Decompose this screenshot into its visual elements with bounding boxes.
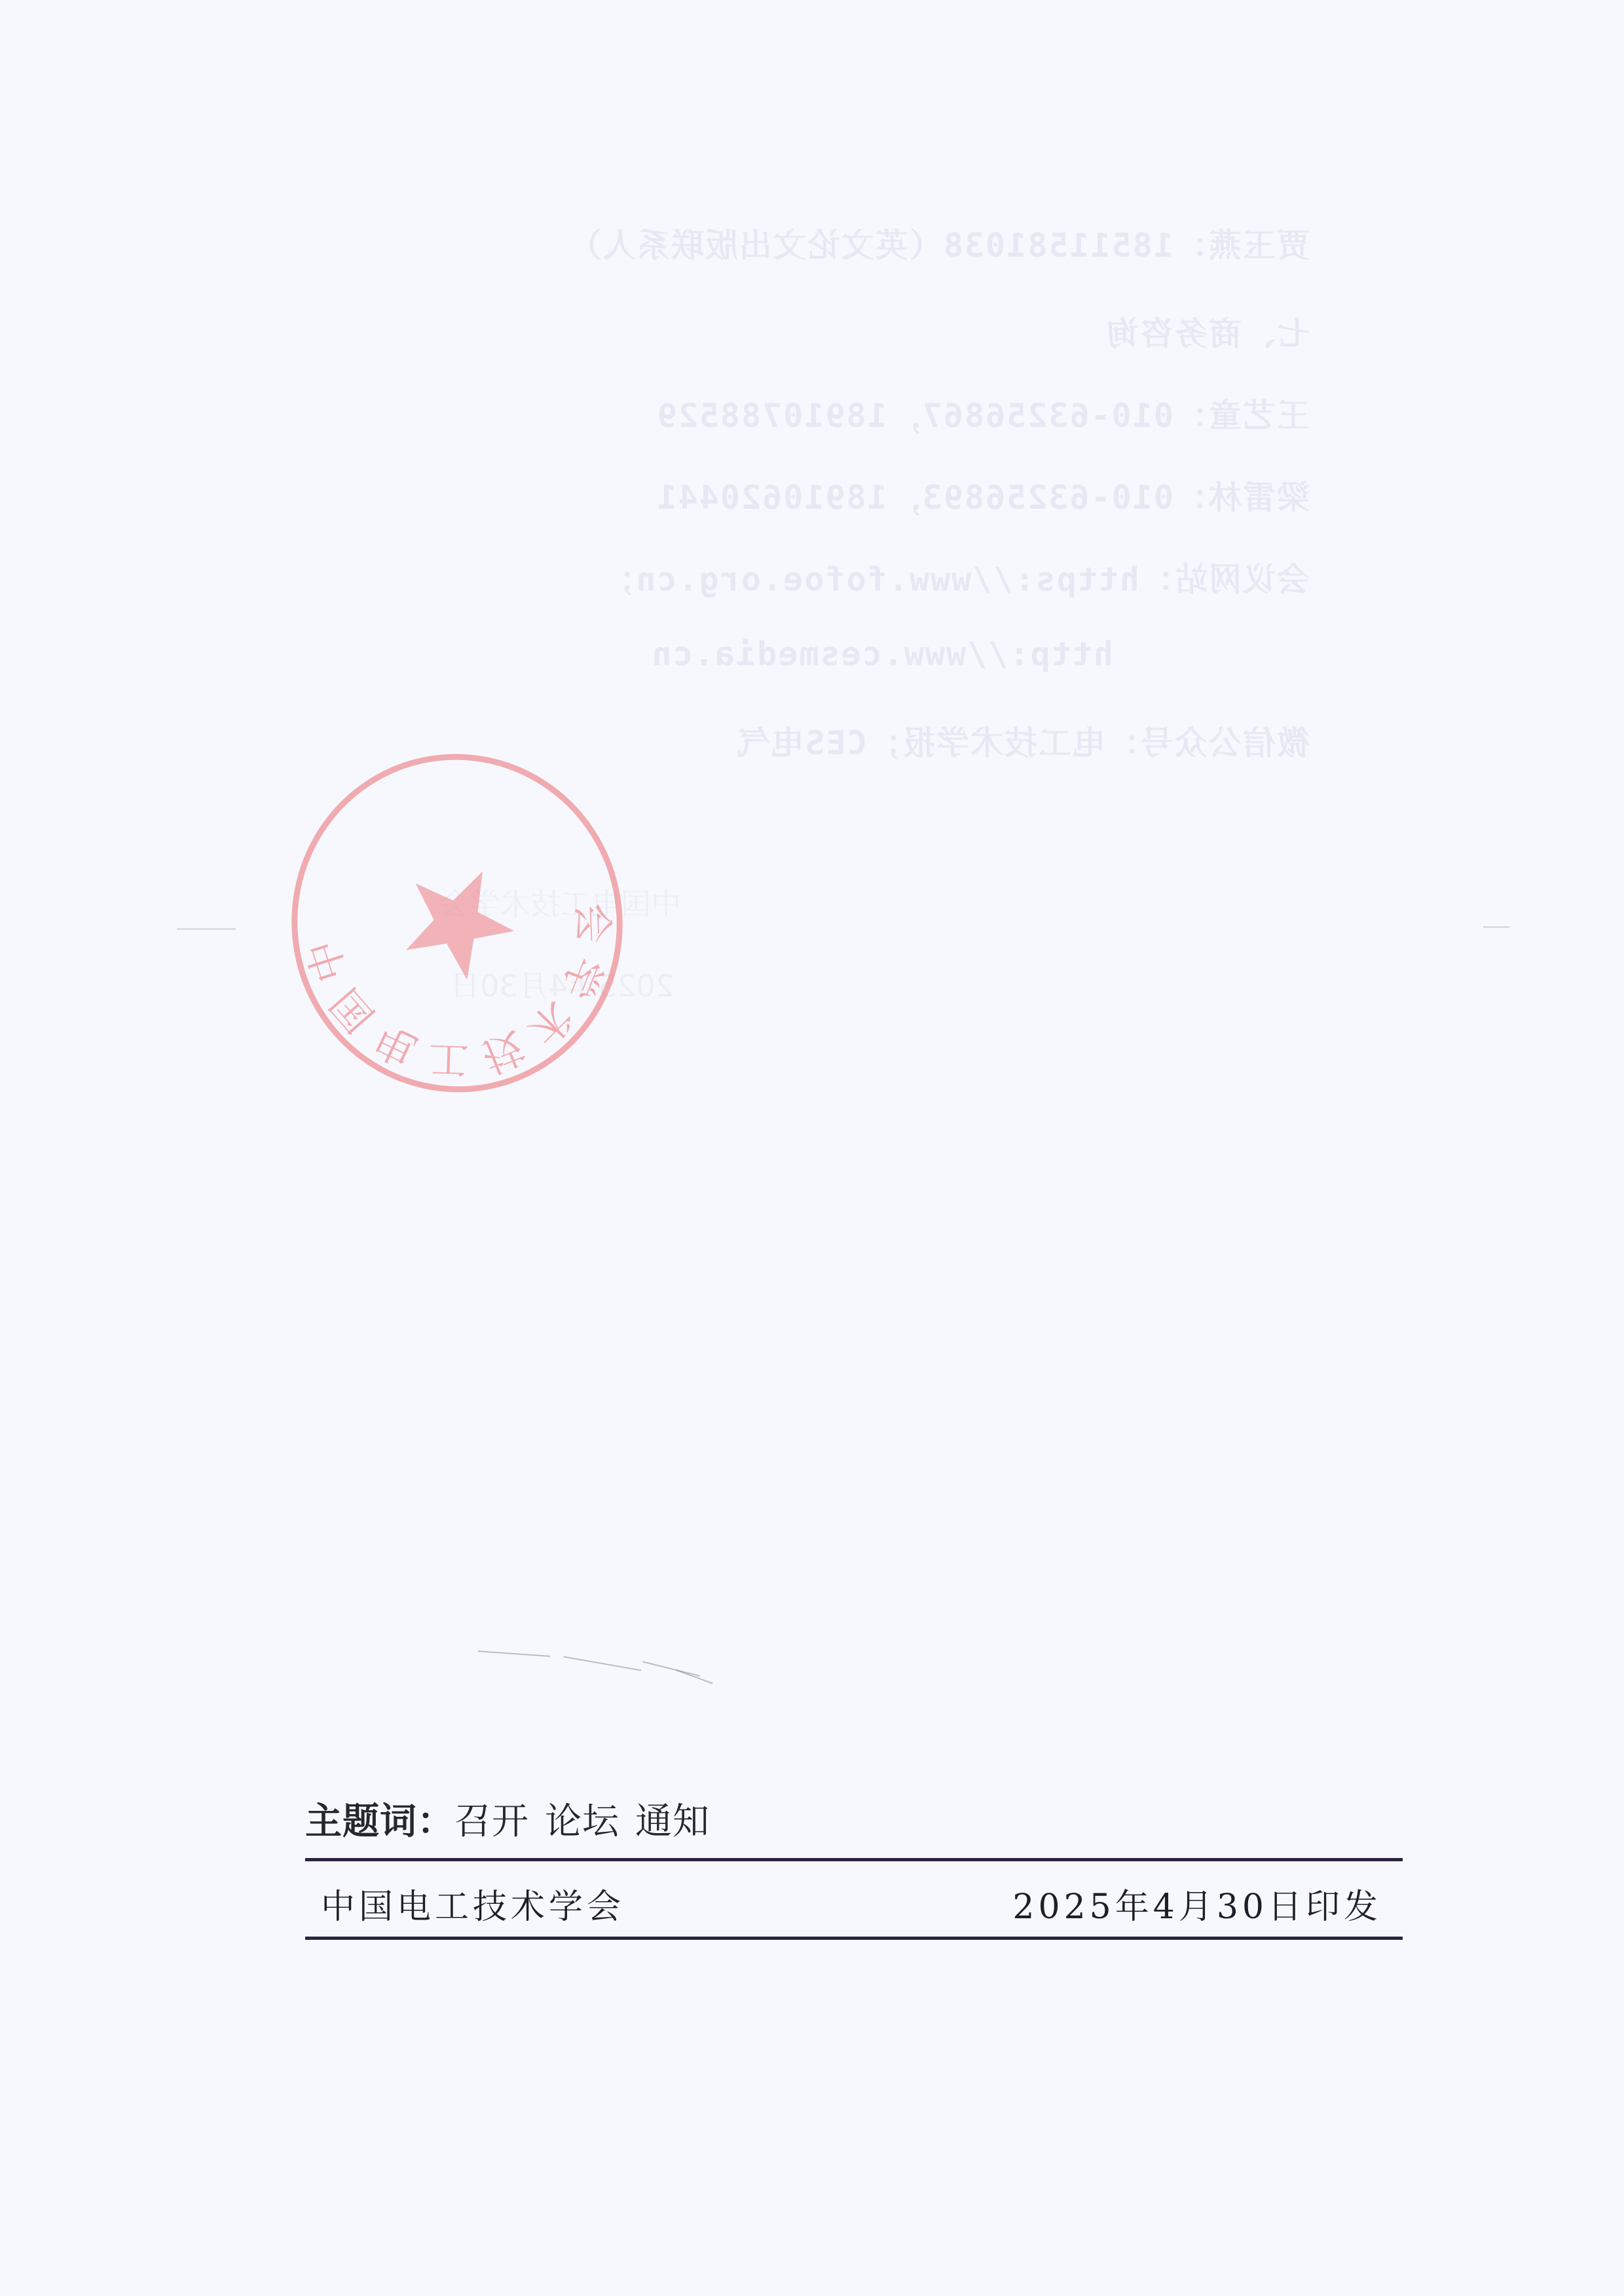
keyword-term: 通知: [635, 1800, 710, 1843]
bleed-contact-line: 微信公众号：电工技术学报；CES电气: [736, 717, 1310, 764]
keyword-term: 论坛: [545, 1800, 619, 1843]
scan-artifact: [177, 928, 236, 930]
keywords-label: 主题词：: [305, 1800, 454, 1843]
scan-artifact: [1483, 926, 1509, 928]
bleed-signature-date: 2025年4月30日: [450, 962, 674, 1006]
bleed-contact-line: 王艺童：010-63256867，18910788529: [656, 390, 1310, 437]
issuance-rule-top: [305, 1858, 1403, 1861]
bleed-contact-line: 会议网站：https://www.fofoe.org.cn；: [601, 553, 1310, 600]
bleed-contact-line: 贾玉燕：18511581038（英文论文出版联系人）: [568, 219, 1310, 266]
scan-artifact: [642, 1661, 700, 1677]
issuance-rule-bottom: [305, 1937, 1403, 1940]
scan-artifact: [478, 1650, 550, 1657]
issuance-line: 中国电工技术学会 2025年4月30日印发: [321, 1879, 1382, 1928]
scan-artifact: [564, 1656, 642, 1671]
scan-artifact: [675, 1669, 712, 1684]
official-seal-icon: 中国电工技术学会: [287, 753, 627, 1093]
subject-keywords: 主题词：召开论坛通知: [305, 1793, 726, 1845]
bleed-contact-line: 梁雷林：010-63256893，18910620441: [656, 471, 1310, 519]
bleed-contact-line: http://www.cesmedia.cn: [651, 635, 1113, 673]
bleed-signature-org: 中国电工技术学会: [440, 881, 681, 924]
svg-text:中国电工技术学会: 中国电工技术学会: [297, 887, 627, 1093]
keyword-term: 召开: [454, 1800, 529, 1843]
bleed-contact-line: 七、商务咨询: [1105, 308, 1310, 355]
bleed-through-layer: 贾玉燕：18511581038（英文论文出版联系人） 七、商务咨询 王艺童：01…: [0, 0, 1624, 2296]
issuer-name: 中国电工技术学会: [321, 1879, 625, 1928]
issue-date: 2025年4月30日印发: [1012, 1879, 1382, 1928]
